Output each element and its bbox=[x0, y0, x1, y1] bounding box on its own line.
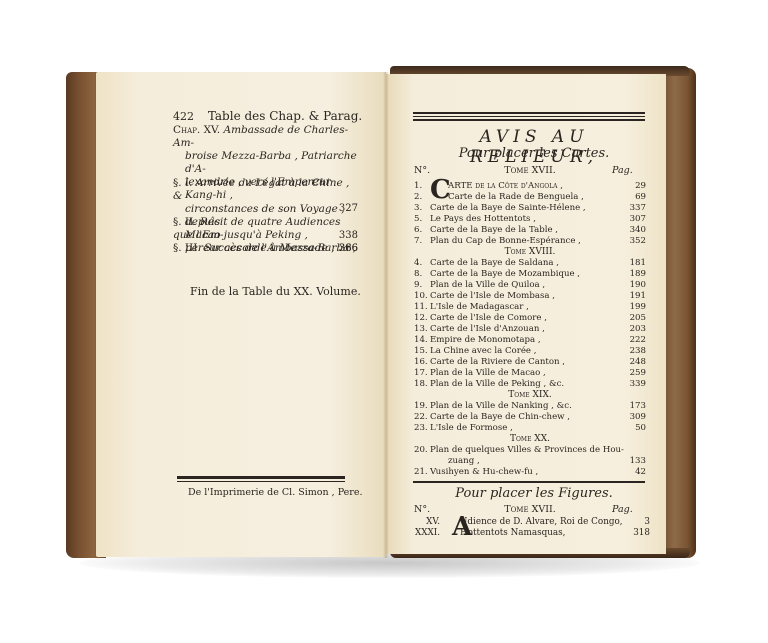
entry-label: §. III. bbox=[173, 242, 201, 254]
header-rule-top bbox=[413, 112, 645, 114]
map-row: 20.Plan de quelques Villes & Provinces d… bbox=[414, 445, 646, 457]
entry-line: broise Mezza-Barba , Patriarche d'A- bbox=[173, 150, 358, 176]
toc-entry-sec-iii: §. III. Succès de l'Ambassade , 386 bbox=[173, 242, 358, 255]
map-row: 3.Carte de la Baye de Sainte-Hélene ,337 bbox=[414, 203, 646, 215]
map-row: 15.La Chine avec la Corée ,238 bbox=[414, 346, 646, 358]
map-row: 4.Carte de la Baye de Saldana ,181 bbox=[414, 258, 646, 270]
map-row: 23.L'Isle de Formose ,50 bbox=[414, 423, 646, 435]
entry-label: Chap. XV. bbox=[173, 124, 220, 136]
column-header-page: Pag. bbox=[612, 165, 633, 176]
header-rule-mid bbox=[413, 116, 645, 117]
map-row: 14.Empire de Monomotapa ,222 bbox=[414, 335, 646, 347]
entry-line: Succès de l'Ambassade , bbox=[204, 242, 334, 254]
map-row: zuang ,133 bbox=[414, 456, 646, 468]
page-number: 422 bbox=[173, 110, 194, 123]
entry-page: 386 bbox=[339, 242, 358, 255]
map-row: 19.Plan de la Ville de Nanking , &c.173 bbox=[414, 401, 646, 413]
entry-line: Récit de quatre Audiences que l'Em- bbox=[173, 216, 341, 241]
map-row: 6.Carte de la Baye de la Table ,340 bbox=[414, 225, 646, 237]
tome-heading: Tome XX. bbox=[414, 434, 646, 445]
map-row: 10.Carte de l'Isle de Mombasa ,191 bbox=[414, 291, 646, 303]
map-row: 1.ARTE de la Côte d'Angola ,29 bbox=[414, 181, 646, 193]
book-gutter bbox=[383, 72, 389, 558]
map-row: 18.Plan de la Ville de Peking , &c.339 bbox=[414, 379, 646, 391]
map-row: 9.Plan de la Ville de Quiloa ,190 bbox=[414, 280, 646, 292]
entry-label: §. II. bbox=[173, 216, 197, 228]
column-header-page: Pag. bbox=[612, 504, 633, 515]
map-row: 5.Le Pays des Hottentots ,307 bbox=[414, 214, 646, 226]
end-of-table-note: Fin de la Table du XX. Volume. bbox=[190, 286, 361, 298]
map-row: 8.Carte de la Baye de Mozambique ,189 bbox=[414, 269, 646, 281]
figures-rule bbox=[413, 481, 645, 483]
imprint-rule bbox=[177, 476, 345, 479]
map-row: 17.Plan de la Ville de Macao ,259 bbox=[414, 368, 646, 380]
maps-subtitle: Pour placer les Cartes. bbox=[420, 146, 648, 161]
running-head-title: Table des Chap. & Parag. bbox=[208, 109, 362, 123]
printer-imprint: De l'Imprimerie de Cl. Simon , Pere. bbox=[188, 487, 362, 499]
map-row: 7.Plan du Cap de Bonne-Espérance ,352 bbox=[414, 236, 646, 248]
map-row: 12.Carte de l'Isle de Comore ,205 bbox=[414, 313, 646, 325]
map-row: 16.Carte de la Riviere de Canton ,248 bbox=[414, 357, 646, 369]
map-row: 22.Carte de la Baye de Chin-chew ,309 bbox=[414, 412, 646, 424]
header-rule-bottom bbox=[413, 119, 645, 121]
imprint-rule-thin bbox=[177, 481, 345, 482]
figures-subtitle: Pour placer les Figures. bbox=[420, 486, 648, 501]
map-row: 13.Carte de l'Isle d'Anzouan ,203 bbox=[414, 324, 646, 336]
entry-label: §. I. bbox=[173, 177, 192, 189]
entry-line: Arrivée du Légat à la Chine , & bbox=[173, 177, 349, 202]
tome-heading: Tome XIX. bbox=[414, 390, 646, 401]
tome-heading: Tome XVIII. bbox=[414, 247, 646, 258]
running-head: 422 Table des Chap. & Parag. bbox=[173, 110, 362, 123]
map-row: 2.Carte de la Rade de Benguela ,69 bbox=[414, 192, 646, 204]
map-row: 11.L'Isle de Madagascar ,199 bbox=[414, 302, 646, 314]
map-row: 21.Vusihyen & Hu-chew-fu ,42 bbox=[414, 467, 646, 479]
